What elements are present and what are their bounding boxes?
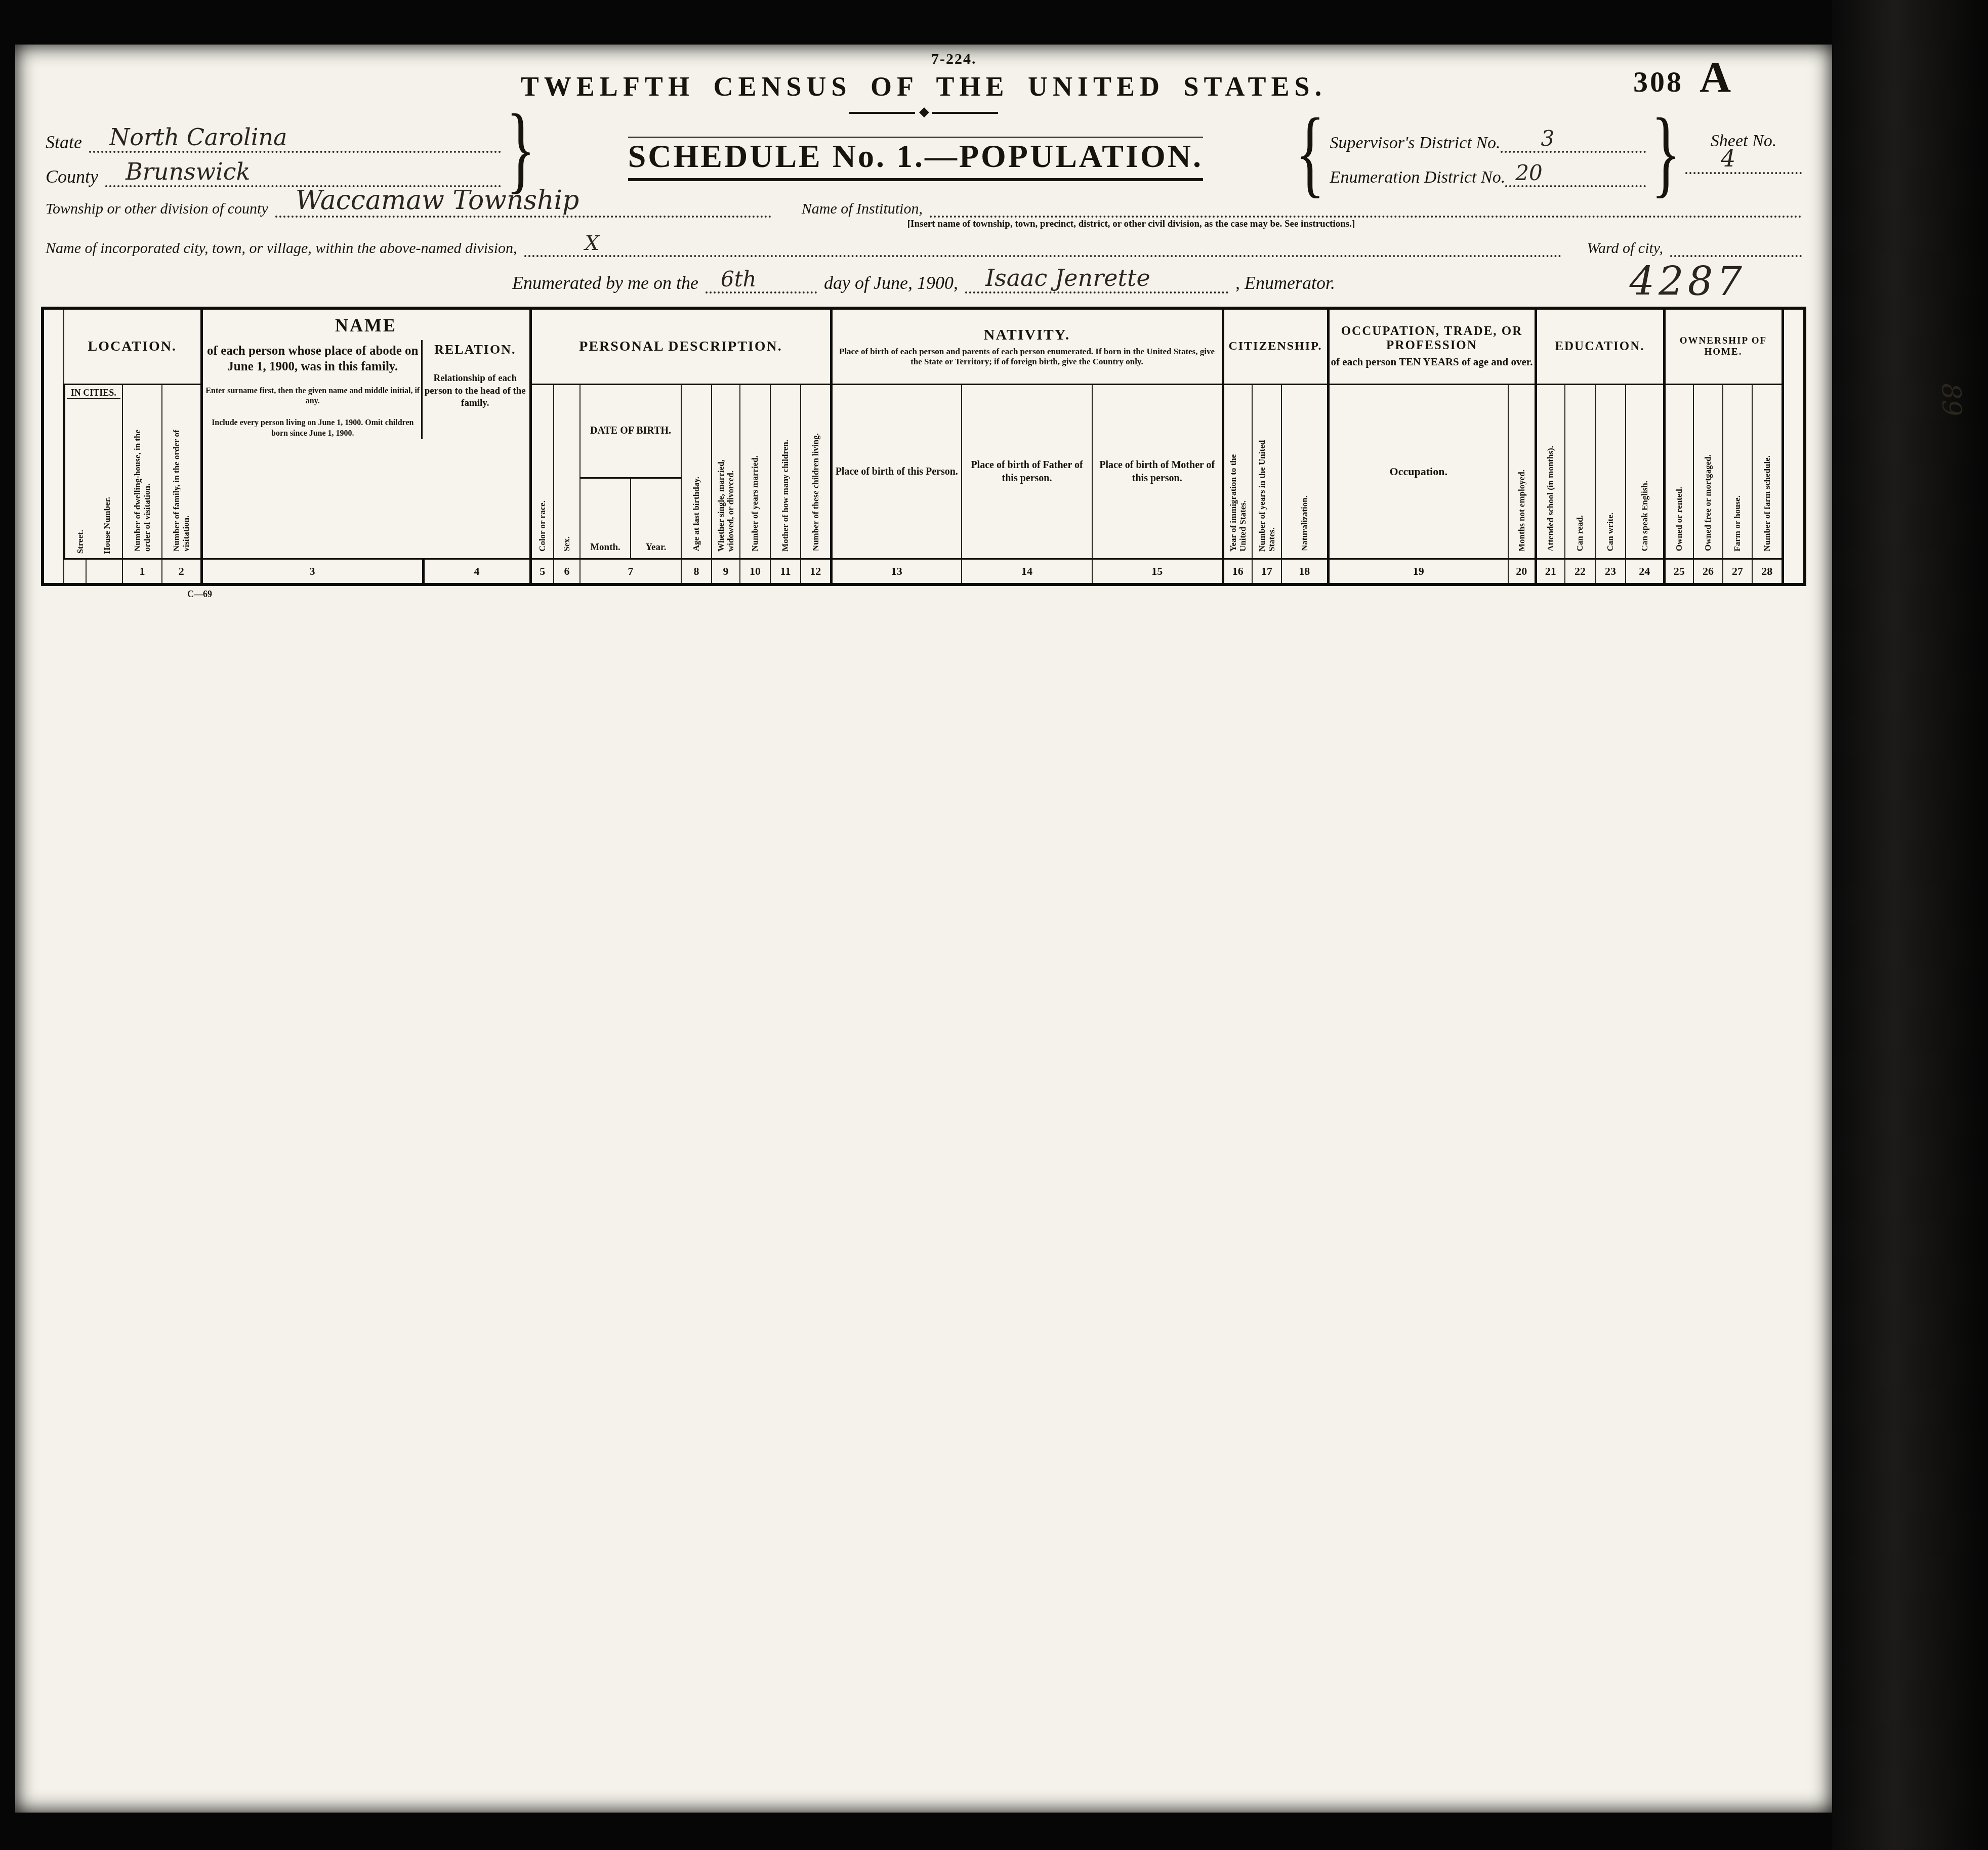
enumerator-label: , Enumerator. bbox=[1235, 272, 1335, 293]
colno-10: 10 bbox=[740, 559, 770, 584]
colno-26: 26 bbox=[1693, 559, 1723, 584]
colno-house bbox=[86, 559, 122, 584]
col-marital: Whether single, married, widowed, or div… bbox=[712, 384, 740, 559]
enumerated-label: Enumerated by me on the bbox=[512, 272, 698, 293]
ward-label: Ward of city, bbox=[1587, 240, 1663, 257]
margin-handwritten-note: 89 bbox=[1935, 383, 1967, 417]
col-children-living: Number of these children living. bbox=[801, 384, 831, 559]
city-value-line: X bbox=[524, 251, 1562, 257]
row-number-header-right bbox=[1783, 308, 1805, 584]
relation-title: RELATION. bbox=[423, 342, 527, 357]
col-owned: Owned or rented. bbox=[1664, 384, 1693, 559]
colno-7: 7 bbox=[580, 559, 681, 584]
page-stamp: 308 A bbox=[1633, 52, 1731, 102]
section-nativity: NATIVITY. Place of birth of each person … bbox=[831, 308, 1223, 384]
colno-12: 12 bbox=[801, 559, 831, 584]
township-label: Township or other division of county bbox=[46, 200, 268, 218]
enumerated-day: 6th bbox=[721, 267, 757, 291]
col-farm-no: Number of farm schedule. bbox=[1752, 384, 1783, 559]
col-farm: Farm or house. bbox=[1723, 384, 1752, 559]
col-in-cities: IN CITIES. Street. House Number. bbox=[64, 384, 122, 559]
ward-line bbox=[1670, 251, 1802, 257]
col-english: Can speak English. bbox=[1626, 384, 1664, 559]
colno-17: 17 bbox=[1252, 559, 1281, 584]
col-pob-mother: Place of birth of Mother of this person. bbox=[1092, 384, 1223, 559]
sheet-block: Sheet No. 4 bbox=[1685, 132, 1802, 174]
census-title: TWELFTH CENSUS OF THE UNITED STATES. bbox=[15, 71, 1832, 102]
colno-14: 14 bbox=[962, 559, 1092, 584]
page-number-stamp: 308 bbox=[1633, 65, 1683, 98]
section-name: NAME of each person whose place of abode… bbox=[201, 308, 530, 559]
section-ownership: OWNERSHIP OF HOME. bbox=[1664, 308, 1783, 384]
col-years-married: Number of years married. bbox=[740, 384, 770, 559]
col-dob: DATE OF BIRTH. bbox=[580, 384, 681, 478]
sheet-letter-stamp: A bbox=[1700, 53, 1731, 101]
section-occupation: OCCUPATION, TRADE, OR PROFESSION of each… bbox=[1328, 308, 1536, 384]
colno-20: 20 bbox=[1508, 559, 1536, 584]
colno-21: 21 bbox=[1536, 559, 1565, 584]
district-brace-right: } bbox=[1651, 104, 1680, 201]
colno-4: 4 bbox=[423, 559, 530, 584]
district-brace-left: { bbox=[1296, 104, 1325, 201]
row-number-header-left bbox=[43, 308, 64, 584]
col-street: Street. bbox=[75, 530, 85, 554]
book-binding-strip bbox=[1832, 0, 1988, 1850]
name-note2: Include every person living on June 1, 1… bbox=[204, 418, 422, 439]
col-month: Month. bbox=[580, 478, 631, 559]
col-pob: Place of birth of this Person. bbox=[831, 384, 962, 559]
col-mother-of: Mother of how many children. bbox=[770, 384, 801, 559]
colno-2: 2 bbox=[162, 559, 201, 584]
section-personal: PERSONAL DESCRIPTION. bbox=[530, 308, 831, 384]
header-grid: State North Carolina County Brunswick } … bbox=[46, 118, 1802, 187]
colno-19: 19 bbox=[1328, 559, 1508, 584]
title-ornament: ◆ bbox=[833, 109, 1015, 114]
schedule-block: SCHEDULE No. 1.—POPULATION. bbox=[541, 118, 1291, 181]
city-line: Name of incorporated city, town, or vill… bbox=[46, 240, 1802, 257]
col-read: Can read. bbox=[1565, 384, 1595, 559]
nativity-desc: Place of birth of each person and parent… bbox=[834, 347, 1220, 367]
colno-street bbox=[64, 559, 86, 584]
township-note: [Insert name of township, town, precinct… bbox=[430, 219, 1832, 230]
col-pob-father: Place of birth of Father of this person. bbox=[962, 384, 1092, 559]
enumeration-label: Enumeration District No. bbox=[1330, 168, 1506, 187]
col-naturalization: Naturalization. bbox=[1281, 384, 1328, 559]
colno-11: 11 bbox=[770, 559, 801, 584]
section-education: EDUCATION. bbox=[1536, 308, 1664, 384]
state-line: North Carolina bbox=[89, 147, 501, 153]
colno-24: 24 bbox=[1626, 559, 1664, 584]
sheet-label: Sheet No. bbox=[1685, 132, 1802, 151]
colno-8: 8 bbox=[681, 559, 712, 584]
institution-line bbox=[930, 212, 1802, 218]
colno-22: 22 bbox=[1565, 559, 1595, 584]
column-number-row: 1 2 3 4 5 6 7 8 9 10 11 12 13 14 15 16 1… bbox=[43, 559, 1805, 584]
state-value: North Carolina bbox=[109, 123, 287, 151]
colno-18: 18 bbox=[1281, 559, 1328, 584]
col-free: Owned free or mortgaged. bbox=[1693, 384, 1723, 559]
col-months-not-employed: Months not employed. bbox=[1508, 384, 1536, 559]
sheet-value: 4 bbox=[1721, 145, 1735, 172]
township-line: Township or other division of county Wac… bbox=[46, 200, 1802, 218]
name-note1: Enter surname first, then the given name… bbox=[204, 386, 422, 407]
colno-5: 5 bbox=[530, 559, 554, 584]
col-school: Attended school (in months). bbox=[1536, 384, 1565, 559]
colno-25: 25 bbox=[1664, 559, 1693, 584]
state-county-block: State North Carolina County Brunswick bbox=[46, 118, 501, 187]
city-label: Name of incorporated city, town, or vill… bbox=[46, 240, 517, 257]
occupation-desc: of each person TEN YEARS of age and over… bbox=[1331, 356, 1533, 368]
section-location: LOCATION. bbox=[64, 308, 201, 384]
state-label: State bbox=[46, 132, 82, 153]
supervisor-label: Supervisor's District No. bbox=[1330, 134, 1501, 153]
colno-23: 23 bbox=[1595, 559, 1626, 584]
colno-6: 6 bbox=[554, 559, 580, 584]
township-value-line: Waccamaw Township bbox=[275, 212, 771, 218]
county-value: Brunswick bbox=[126, 158, 250, 185]
colno-15: 15 bbox=[1092, 559, 1223, 584]
colno-16: 16 bbox=[1223, 559, 1252, 584]
col-dwelling: Number of dwelling-house, in the order o… bbox=[122, 384, 162, 559]
colno-9: 9 bbox=[712, 559, 740, 584]
col-age: Age at last birthday. bbox=[681, 384, 712, 559]
col-immigration: Year of immigration to the United States… bbox=[1223, 384, 1252, 559]
name-title: NAME bbox=[204, 315, 528, 336]
district-box: { Supervisor's District No. 3 Enumeratio… bbox=[1291, 118, 1802, 187]
institution-label: Name of Institution, bbox=[802, 200, 923, 218]
state-brace: } bbox=[506, 100, 535, 197]
col-occupation: Occupation. bbox=[1328, 384, 1508, 559]
handwritten-code: 4287 bbox=[1629, 259, 1746, 305]
footer-form-code: C—69 bbox=[187, 589, 1832, 600]
county-label: County bbox=[46, 166, 98, 187]
enumeration-value: 20 bbox=[1515, 160, 1542, 185]
col-years-us: Number of years in the United States. bbox=[1252, 384, 1281, 559]
census-sheet: 7-224. 308 A TWELFTH CENSUS OF THE UNITE… bbox=[15, 45, 1832, 1813]
col-color: Color or race. bbox=[530, 384, 554, 559]
township-value: Waccamaw Township bbox=[296, 185, 579, 216]
col-year: Year. bbox=[631, 478, 681, 559]
relation-desc: Relationship of each person to the head … bbox=[423, 372, 527, 410]
colno-27: 27 bbox=[1723, 559, 1752, 584]
col-write: Can write. bbox=[1595, 384, 1626, 559]
enumerated-label2: day of June, 1900, bbox=[824, 272, 958, 293]
colno-28: 28 bbox=[1752, 559, 1783, 584]
supervisor-line: 3 bbox=[1501, 147, 1646, 153]
col-family: Number of family, in the order of visita… bbox=[162, 384, 201, 559]
enumerator-line: Isaac Jenrette bbox=[965, 287, 1228, 293]
city-value: X bbox=[585, 232, 599, 255]
population-schedule-table: LOCATION. NAME of each person whose plac… bbox=[41, 307, 1806, 586]
enumeration-line: 20 bbox=[1505, 181, 1646, 187]
colno-1: 1 bbox=[122, 559, 162, 584]
name-desc: of each person whose place of abode on J… bbox=[204, 343, 422, 375]
colno-13: 13 bbox=[831, 559, 962, 584]
col-house-number: House Number. bbox=[102, 497, 112, 554]
form-code: 7-224. bbox=[931, 51, 977, 68]
colno-3: 3 bbox=[201, 559, 423, 584]
census-scan-page: { "header": { "form_code": "7-224.", "pa… bbox=[0, 0, 1988, 1850]
section-citizenship: CITIZENSHIP. bbox=[1223, 308, 1328, 384]
enumerated-line: Enumerated by me on the 6th day of June,… bbox=[15, 272, 1832, 293]
supervisor-value: 3 bbox=[1541, 126, 1555, 151]
col-sex: Sex. bbox=[554, 384, 580, 559]
schedule-title: SCHEDULE No. 1.—POPULATION. bbox=[628, 137, 1203, 181]
enumerator-value: Isaac Jenrette bbox=[985, 264, 1150, 291]
enumerated-day-line: 6th bbox=[706, 287, 817, 293]
sheet-line: 4 bbox=[1685, 168, 1802, 174]
